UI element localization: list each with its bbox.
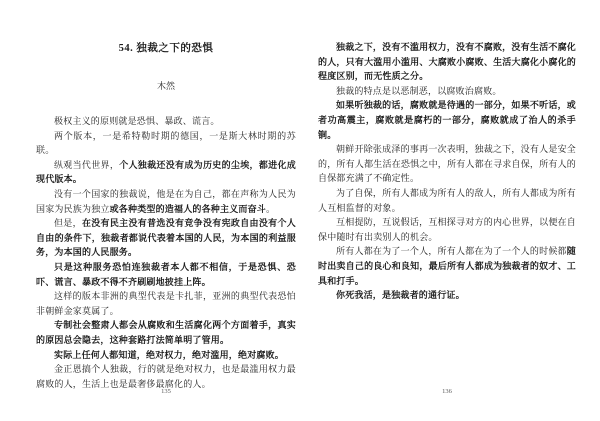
paragraph-segment: 两个版本，一是希特勒时期的德国，一是斯大林时期的苏联。 xyxy=(36,131,296,156)
paragraph: 极权主义的原则就是恐惧、暴政、谎言。 xyxy=(36,114,296,129)
paragraph: 所有人都在为了一个人，所有人都在为了一个人的时候都随时出卖自己的良心和良知，最后… xyxy=(318,244,576,288)
paragraph-segment: 独裁的特点是以恶制恶，以腐败治腐败。 xyxy=(336,86,502,96)
left-page-body: 极权主义的原则就是恐惧、暴政、谎言。两个版本，一是希特勒时期的德国，一是斯大林时… xyxy=(36,114,296,391)
paragraph-segment-bold: 如果听独裁的话，腐败就是待遇的一部分，如果不听话，或者功高震主，腐败就是腐朽的一… xyxy=(318,100,576,139)
page-number-right: 136 xyxy=(318,388,576,395)
paragraph: 独裁的特点是以恶制恶，以腐败治腐败。 xyxy=(318,84,576,99)
paragraph: 但是，在没有民主没有普选没有竞争没有宪政自由没有个人自由的条件下，独裁者都说代表… xyxy=(36,216,296,260)
paragraph: 纵观当代世界，个人独裁还没有成为历史的尘埃，都进化成现代版本。 xyxy=(36,158,296,187)
paragraph: 金正恩搞个人独裁，行的就是绝对权力，也是最滥用权力最腐败的人，生活上也是最奢侈最… xyxy=(36,362,296,391)
paragraph-segment: 。 xyxy=(266,204,275,214)
page-number-left: 135 xyxy=(36,388,296,395)
paragraph-segment-bold: 实际上任何人都知道，绝对权力，绝对滥用，绝对腐败。 xyxy=(54,350,284,360)
right-page-body: 独裁之下，没有不滥用权力，没有不腐败，没有生活不腐化的人，只有大滥用小滥用、大腐… xyxy=(318,40,576,303)
page-left: 54. 独裁之下的恐惧 木然 极权主义的原则就是恐惧、暴政、谎言。两个版本，一是… xyxy=(36,0,296,421)
paragraph: 独裁之下，没有不滥用权力，没有不腐败，没有生活不腐化的人，只有大滥用小滥用、大腐… xyxy=(318,40,576,84)
chapter-title: 54. 独裁之下的恐惧 xyxy=(36,40,296,55)
paragraph-segment-bold: 或各种类型的造福人的各种主义而奋斗 xyxy=(110,204,266,214)
paragraph-segment: 这样的版本非洲的典型代表是卡扎菲，亚洲的典型代表恐怕非朝鲜金家莫属了。 xyxy=(36,291,296,316)
paragraph-segment: 朝鲜开除张成泽的事再一次表明，独裁之下，没有人是安全的，所有人都生活在恐惧之中，… xyxy=(318,144,576,183)
paragraph-segment: 为了自保，所有人都成为所有人的敌人，所有人都成为所有人互相监督的对象。 xyxy=(318,188,576,213)
paragraph: 只是这种服务恐怕连独裁者本人都不相信，于是恐惧、恐吓、谎言、暴政不得不齐刷刷地披… xyxy=(36,260,296,289)
paragraph-segment: 极权主义的原则就是恐惧、暴政、谎言。 xyxy=(54,116,220,126)
paragraph: 你死我活，是独裁者的通行证。 xyxy=(318,288,576,303)
paragraph: 这样的版本非洲的典型代表是卡扎菲，亚洲的典型代表恐怕非朝鲜金家莫属了。 xyxy=(36,289,296,318)
paragraph-segment: 纵观当代世界， xyxy=(54,160,119,170)
paragraph: 没有一个国家的独裁说，他是在为自己，都在声称为人民为国家为民族为独立或各种类型的… xyxy=(36,187,296,216)
page-right: 独裁之下，没有不滥用权力，没有不腐败，没有生活不腐化的人，只有大滥用小滥用、大腐… xyxy=(318,0,576,421)
paragraph-segment-bold: 你死我活，是独裁者的通行证。 xyxy=(336,290,465,300)
paragraph: 实际上任何人都知道，绝对权力，绝对滥用，绝对腐败。 xyxy=(36,348,296,363)
paragraph: 互相提防，互说假话，互相探寻对方的内心世界，以便在自保中随时有出卖别人的机会。 xyxy=(318,215,576,244)
paragraph: 为了自保，所有人都成为所有人的敌人，所有人都成为所有人互相监督的对象。 xyxy=(318,186,576,215)
paragraph-segment: 互相提防，互说假话，互相探寻对方的内心世界，以便在自保中随时有出卖别人的机会。 xyxy=(318,217,576,242)
paragraph: 两个版本，一是希特勒时期的德国，一是斯大林时期的苏联。 xyxy=(36,129,296,158)
paragraph-segment-bold: 只是这种服务恐怕连独裁者本人都不相信，于是恐惧、恐吓、谎言、暴政不得不齐刷刷地披… xyxy=(36,262,296,287)
paragraph-segment-bold: 独裁之下，没有不滥用权力，没有不腐败，没有生活不腐化的人，只有大滥用小滥用、大腐… xyxy=(318,42,576,81)
paragraph: 专制社会整肃人都会从腐败和生活腐化两个方面着手，真实的原因总会隐去，这种套路打法… xyxy=(36,318,296,347)
paragraph-segment: 但是， xyxy=(54,218,82,228)
paragraph-segment: 金正恩搞个人独裁，行的就是绝对权力，也是最滥用权力最腐败的人，生活上也是最奢侈最… xyxy=(36,364,296,389)
paragraph-segment: 所有人都在为了一个人，所有人都在为了一个人的时候都 xyxy=(336,246,567,256)
paragraph: 朝鲜开除张成泽的事再一次表明，独裁之下，没有人是安全的，所有人都生活在恐惧之中，… xyxy=(318,142,576,186)
paragraph-segment-bold: 专制社会整肃人都会从腐败和生活腐化两个方面着手，真实的原因总会隐去，这种套路打法… xyxy=(36,320,296,345)
paragraph: 如果听独裁的话，腐败就是待遇的一部分，如果不听话，或者功高震主，腐败就是腐朽的一… xyxy=(318,98,576,142)
author-name: 木然 xyxy=(36,79,296,92)
